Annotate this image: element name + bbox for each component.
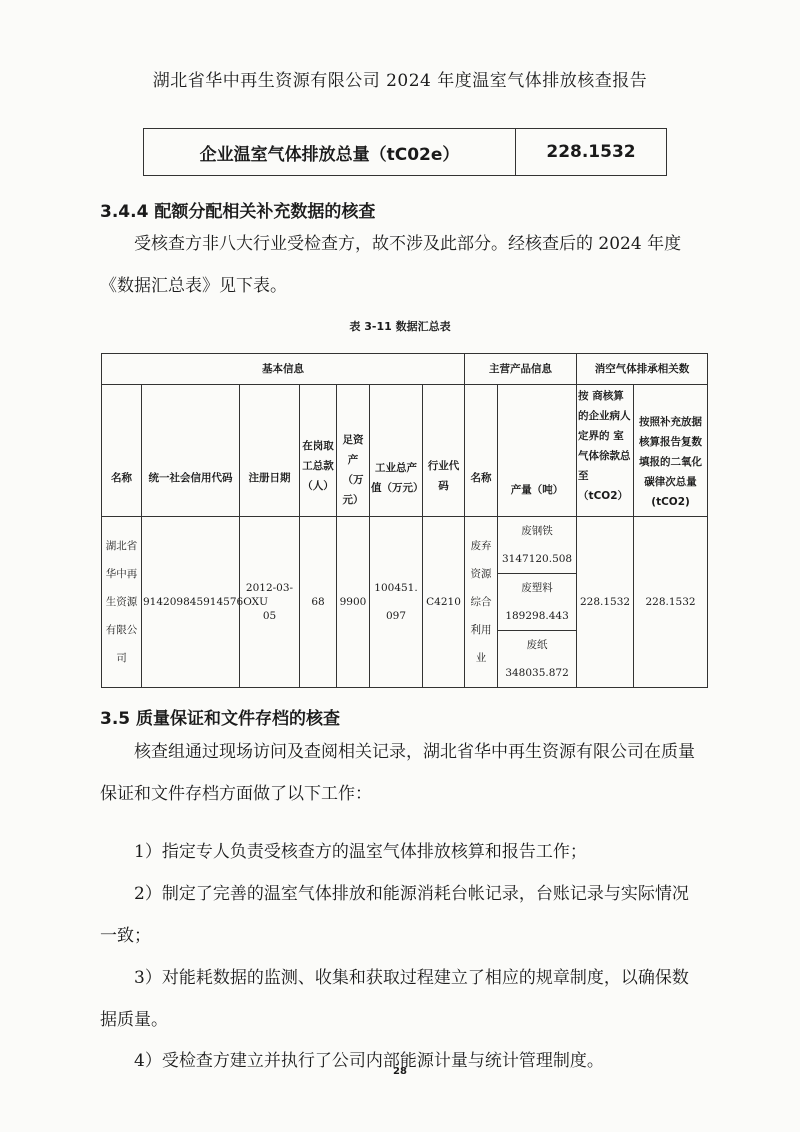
total-emission-value: 228.1532	[516, 129, 667, 176]
list-item-3: 3）对能耗数据的监测、收集和获取过程建立了相应的规章制度，以确保数据质量。	[100, 957, 705, 1041]
cell-emission-a: 228.1532	[577, 517, 634, 688]
col-header-production: 产量（吨）	[498, 385, 577, 517]
cell-company-name: 湖北省华中再生资源有限公司	[102, 517, 142, 688]
section-heading-3-5: 3.5 质量保证和文件存档的核查	[100, 704, 340, 729]
data-summary-table: 基本信息 主营产品信息 消空气体排承相关数 名称 统一社会信用代码 注册日期 在…	[101, 353, 708, 688]
cell-credit-code: 914209845914576OXU	[142, 517, 240, 688]
col-header-credit-code: 统一社会信用代码	[142, 385, 240, 517]
col-header-emission-b: 按照补充放据核算报告复数填报的二氧化碳律次总量(tCO2)	[634, 385, 708, 517]
product-2-name: 废塑料	[499, 574, 575, 602]
product-2-amount: 189298.443	[499, 602, 575, 630]
col-header-emission-a: 按 商核算的企业病人定界的 室气体徐款总至（tCO2）	[577, 385, 634, 517]
col-header-output-value: 工业总产值（万元）	[370, 385, 423, 517]
group-header-product-info: 主营产品信息	[465, 354, 577, 385]
section-3-5-paragraph: 核查组通过现场访问及查阅相关记录，湖北省华中再生资源有限公司在质量保证和文件存档…	[100, 731, 705, 815]
cell-employees: 68	[300, 517, 337, 688]
col-header-reg-date: 注册日期	[240, 385, 300, 517]
cell-industry-code: C4210	[423, 517, 465, 688]
cell-emission-b: 228.1532	[634, 517, 708, 688]
section-3-4-4-paragraph: 受核查方非八大行业受检查方，故不涉及此部分。经核查后的 2024 年度《数据汇总…	[100, 223, 705, 307]
cell-product-category: 废弃资源综合利用业	[465, 517, 498, 688]
page-number: 28	[0, 1066, 800, 1077]
cell-product-1: 废钢铁 3147120.508	[498, 517, 577, 574]
cell-output-value: 100451.097	[370, 517, 423, 688]
col-header-name: 名称	[102, 385, 142, 517]
total-emission-table: 企业温室气体排放总量（tC02e） 228.1532	[143, 128, 667, 176]
total-emission-label: 企业温室气体排放总量（tC02e）	[144, 129, 516, 176]
product-1-amount: 3147120.508	[499, 545, 575, 573]
group-header-basic-info: 基本信息	[102, 354, 465, 385]
page-header-title: 湖北省华中再生资源有限公司 2024 年度温室气体排放核查报告	[0, 66, 800, 91]
product-3-name: 废纸	[499, 631, 575, 659]
col-header-employees: 在岗取工总款（人）	[300, 385, 337, 517]
table-caption: 表 3-11 数据汇总表	[0, 318, 800, 334]
cell-product-3: 废纸 348035.872	[498, 631, 577, 688]
section-heading-3-4-4: 3.4.4 配额分配相关补充数据的核查	[100, 197, 375, 222]
col-header-industry-code: 行业代码	[423, 385, 465, 517]
list-item-2: 2）制定了完善的温室气体排放和能源消耗台帐记录，台账记录与实际情况一致；	[100, 873, 705, 957]
col-header-assets: 足资产（万元）	[337, 385, 370, 517]
product-3-amount: 348035.872	[499, 659, 575, 687]
cell-assets: 9900	[337, 517, 370, 688]
product-1-name: 废钢铁	[499, 517, 575, 545]
cell-product-2: 废塑料 189298.443	[498, 574, 577, 631]
group-header-emission-info: 消空气体排承相关数	[577, 354, 708, 385]
list-item-1: 1）指定专人负责受核查方的温室气体排放核算和报告工作；	[100, 831, 705, 873]
col-header-product-name: 名称	[465, 385, 498, 517]
